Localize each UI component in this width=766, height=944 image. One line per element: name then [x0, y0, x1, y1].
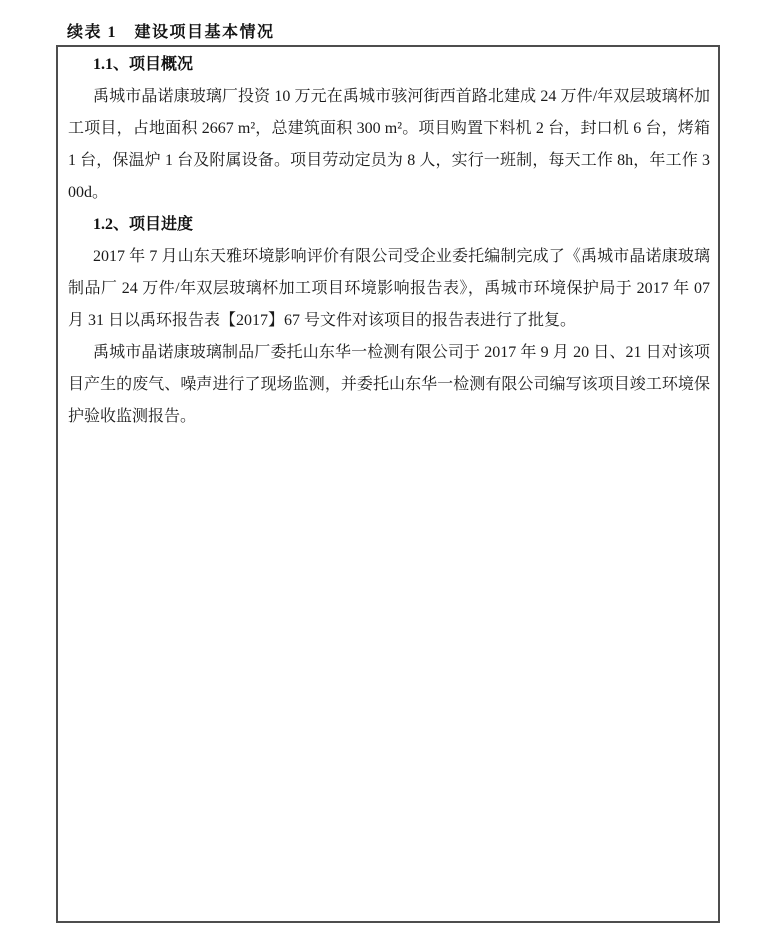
section-heading-1-2: 1.2、项目进度 — [68, 209, 710, 241]
page-title: 续表 1 建设项目基本情况 — [67, 19, 275, 42]
document-page: 续表 1 建设项目基本情况 1.1、项目概况 禹城市晶诺康玻璃厂投资 10 万元… — [0, 0, 766, 944]
section-project-overview: 1.1、项目概况 禹城市晶诺康玻璃厂投资 10 万元在禹城市骇河街西首路北建成 … — [68, 49, 710, 209]
section-project-progress: 1.2、项目进度 2017 年 7 月山东天雅环境影响评价有限公司受企业委托编制… — [68, 209, 710, 433]
section-heading-1-1: 1.1、项目概况 — [68, 49, 710, 81]
paragraph-project-monitoring: 禹城市晶诺康玻璃制品厂委托山东华一检测有限公司于 2017 年 9 月 20 日… — [68, 337, 710, 433]
paragraph-project-approval: 2017 年 7 月山东天雅环境影响评价有限公司受企业委托编制完成了《禹城市晶诺… — [68, 241, 710, 337]
paragraph-project-overview: 禹城市晶诺康玻璃厂投资 10 万元在禹城市骇河街西首路北建成 24 万件/年双层… — [68, 81, 710, 209]
basic-info-content-box: 1.1、项目概况 禹城市晶诺康玻璃厂投资 10 万元在禹城市骇河街西首路北建成 … — [56, 45, 720, 923]
